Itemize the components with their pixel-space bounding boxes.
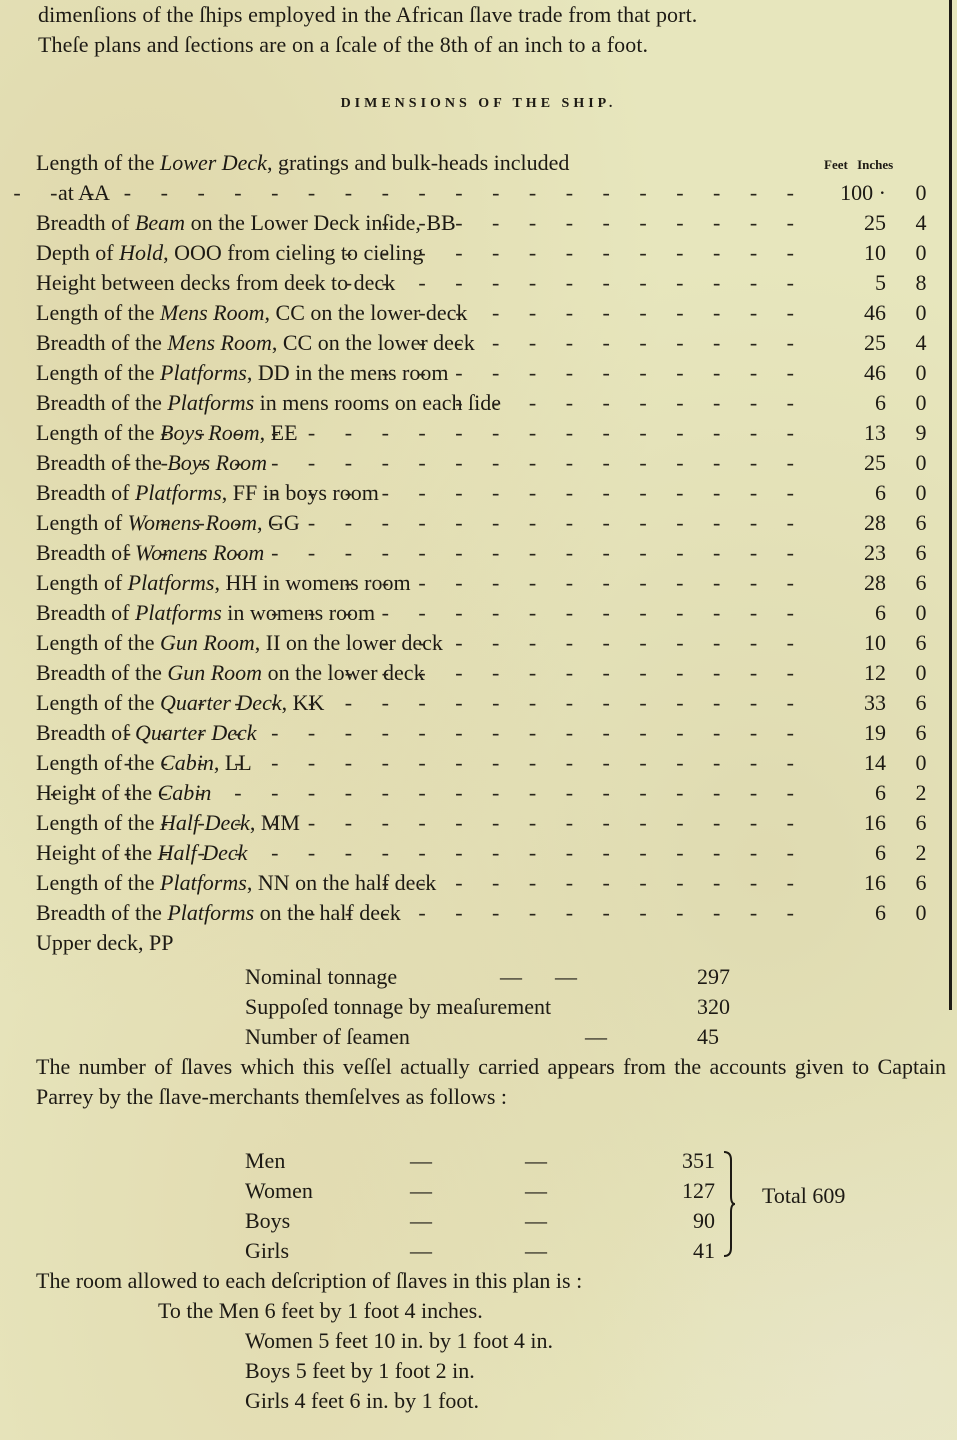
leader-dots: - - - - - - - - - - - - - -: [308, 898, 806, 928]
slave-count-list: Men——351Women——127Boys——90Girls——41: [245, 1146, 715, 1266]
dash-separator: —: [525, 1206, 547, 1236]
room-women: Women 5 feet 10 in. by 1 foot 4 in.: [245, 1326, 553, 1356]
feet-value: 6: [826, 478, 886, 508]
count-label: Men: [245, 1146, 285, 1176]
dash-separator: —: [585, 1022, 607, 1052]
feet-value: 19: [826, 718, 886, 748]
dimension-label: Breadth of the Mens Room, CC on the lowe…: [36, 328, 475, 358]
count-label: Women: [245, 1176, 313, 1206]
count-row: Women——127: [245, 1176, 715, 1206]
count-value: 351: [682, 1146, 715, 1176]
inches-value: 0: [906, 478, 936, 508]
feet-value: 5: [826, 268, 886, 298]
label-text: Length of the: [36, 420, 160, 445]
tonnage-list: Nominal tonnage— —297Suppoſed tonnage by…: [245, 962, 765, 1052]
tonnage-label: Nominal tonnage: [245, 962, 397, 992]
room-men: To the Men 6 feet by 1 foot 4 inches.: [158, 1296, 483, 1326]
label-text: Breadth of the: [36, 390, 167, 415]
label-text: Length of the: [36, 630, 160, 655]
dimension-label: Breadth of the Platforms in mens rooms o…: [36, 388, 501, 418]
feet-value: 33: [826, 688, 886, 718]
dimension-row: Length of the Platforms, DD in the mens …: [36, 358, 936, 388]
leader-dots: - - - - - - - - - - - - - - - - - -: [161, 508, 806, 538]
inches-value: 4: [906, 328, 936, 358]
dimension-label: Length of the Mens Room, CC on the lower…: [36, 298, 467, 328]
label-text: Breadth of: [36, 720, 135, 745]
feet-value: 46: [826, 358, 886, 388]
count-row: Boys——90: [245, 1206, 715, 1236]
feet-value: 16: [826, 808, 886, 838]
dash-separator: —: [525, 1176, 547, 1206]
feet-value: 6: [826, 898, 886, 928]
dimension-label: Length of the Platforms, NN on the half …: [36, 868, 436, 898]
label-italic: Mens Room: [167, 330, 271, 355]
leader-dots: - - - - - - - - - - - - - -: [308, 268, 806, 298]
label-text: Breadth of the: [36, 660, 167, 685]
feet-value: 13: [826, 418, 886, 448]
dimension-row: Breadth of Platforms, FF in boys room- -…: [36, 478, 936, 508]
count-label: Boys: [245, 1206, 290, 1236]
feet-value: 25: [826, 448, 886, 478]
dash-separator: — —: [500, 962, 577, 992]
inches-value: 0: [906, 448, 936, 478]
leader-dots: - - - - - - - - - - -: [418, 328, 806, 358]
label-text: Breadth of: [36, 600, 135, 625]
leader-dots: - - - - - - - - - - - -: [382, 628, 806, 658]
label-italic: Beam: [135, 210, 185, 235]
label-text: Depth of: [36, 240, 119, 265]
inches-value: 6: [906, 718, 936, 748]
feet-value: 25: [826, 208, 886, 238]
tonnage-label: Suppoſed tonnage by meaſurement: [245, 992, 551, 1022]
feet-value: 6: [826, 598, 886, 628]
inches-value: 0: [906, 658, 936, 688]
inches-value: 4: [906, 208, 936, 238]
count-row: Men——351: [245, 1146, 715, 1176]
dimension-row: Length of the Half Deck, MM- - - - - - -…: [36, 808, 936, 838]
count-value: 127: [682, 1176, 715, 1206]
dimension-row: Breadth of Beam on the Lower Deck inſide…: [36, 208, 936, 238]
label-text: Breadth of the: [36, 330, 167, 355]
label-text: Breadth of: [36, 210, 135, 235]
label-text: Length of: [36, 570, 128, 595]
dimension-row: Length of the Cabin, LL- - - - - - - - -…: [36, 748, 936, 778]
inches-value: 2: [906, 778, 936, 808]
room-intro: The room allowed to each deſcription of …: [36, 1266, 582, 1296]
dimension-row: Length of the Lower Deck, gratings and b…: [36, 148, 936, 178]
leader-dots: - - - - - - - - - - - - - - - - - - -: [124, 538, 806, 568]
feet-value: 25: [826, 328, 886, 358]
inches-value: 6: [906, 538, 936, 568]
tonnage-value: 45: [697, 1022, 719, 1052]
inches-value: 6: [906, 628, 936, 658]
leader-dots: - - - - - - - - - - - - -: [345, 658, 806, 688]
dimension-row: Length of the Mens Room, CC on the lower…: [36, 298, 936, 328]
dimension-row: Length of the Gun Room, II on the lower …: [36, 628, 936, 658]
dimension-row: Upper deck, PP: [36, 928, 936, 958]
label-italic: Gun Room: [160, 630, 255, 655]
feet-value: 100 ·: [826, 178, 886, 208]
label-italic: Platforms: [135, 480, 222, 505]
feet-value: 6: [826, 778, 886, 808]
leader-dots: - - - - - - - - - - - - - - -: [271, 478, 806, 508]
slave-count-paragraph: The number of ſlaves which this veſſel a…: [36, 1052, 946, 1112]
tonnage-value: 320: [697, 992, 730, 1022]
intro-line-1: dimenſions of the ſhips employed in the …: [38, 0, 697, 30]
inches-value: 6: [906, 568, 936, 598]
label-italic: Mens Room: [160, 300, 264, 325]
leader-dots: - - - - - - - - - - - -: [382, 358, 806, 388]
dimension-row: Breadth of Quarter Deck- - - - - - - - -…: [36, 718, 936, 748]
leader-dots: - - - - - - - - - - - - - - - - - - -: [124, 838, 806, 868]
label-italic: Platforms: [167, 900, 254, 925]
inches-value: 0: [906, 598, 936, 628]
label-text: Length of the: [36, 150, 160, 175]
feet-value: 6: [826, 388, 886, 418]
inches-value: 0: [906, 388, 936, 418]
feet-value: 28: [826, 568, 886, 598]
label-text: Length of the: [36, 690, 160, 715]
dimension-row: Height of the Half Deck- - - - - - - - -…: [36, 838, 936, 868]
dimension-row: Length of the Platforms, NN on the half …: [36, 868, 936, 898]
room-boys: Boys 5 feet by 1 foot 2 in.: [245, 1356, 475, 1386]
label-text: , gratings and bulk-heads included: [267, 150, 569, 175]
dimension-label: Length of the Lower Deck, gratings and b…: [36, 148, 569, 178]
label-italic: Platforms: [167, 390, 254, 415]
leader-dots: - - - - - - - - - - -: [418, 298, 806, 328]
tonnage-row: Nominal tonnage— —297: [245, 962, 765, 992]
dimension-row: Breadth of the Gun Room on the lower dec…: [36, 658, 936, 688]
dimension-row: at AA- - - - - - - - - - - - - - - - - -…: [36, 178, 936, 208]
dimension-row: Length of the Boys Room, EE- - - - - - -…: [36, 418, 936, 448]
label-text: Upper deck, PP: [36, 930, 173, 955]
label-text: Length of the: [36, 300, 160, 325]
inches-value: 0: [906, 238, 936, 268]
inches-value: 6: [906, 808, 936, 838]
label-text: Length of the: [36, 360, 160, 385]
feet-value: 10: [826, 238, 886, 268]
inches-value: 6: [906, 868, 936, 898]
label-italic: Platforms: [160, 870, 247, 895]
leader-dots: - - - - - - - - - - - -: [382, 868, 806, 898]
label-italic: Lower Deck: [160, 150, 267, 175]
leader-dots: - - - - - - - - - - - - - - - - -: [197, 688, 806, 718]
leader-dots: - - - - - - - - - - - - - - -: [271, 598, 806, 628]
dimension-row: Length of Platforms, HH in womens room- …: [36, 568, 936, 598]
dimension-row: Breadth of Womens Room- - - - - - - - - …: [36, 538, 936, 568]
count-value: 90: [693, 1206, 715, 1236]
feet-value: 16: [826, 868, 886, 898]
label-text: Length of the: [36, 810, 160, 835]
feet-value: 12: [826, 658, 886, 688]
feet-value: 28: [826, 508, 886, 538]
label-italic: Hold: [119, 240, 163, 265]
leader-dots: - - - - - - - - - - - - -: [345, 568, 806, 598]
count-label: Girls: [245, 1236, 289, 1266]
inches-value: 8: [906, 268, 936, 298]
leader-dots: - - - - - - - - - - - -: [382, 208, 806, 238]
dimension-row: Breadth of the Platforms in mens rooms o…: [36, 388, 936, 418]
label-italic: Platforms: [128, 570, 215, 595]
feet-value: 23: [826, 538, 886, 568]
feet-value: 10: [826, 628, 886, 658]
feet-value: 46: [826, 298, 886, 328]
inches-value: 0: [906, 358, 936, 388]
label-text: Length of: [36, 510, 128, 535]
dash-separator: —: [525, 1236, 547, 1266]
leader-dots: - - - - - - - - - - - - - - - - - - - - …: [50, 778, 806, 808]
inches-value: 6: [906, 688, 936, 718]
dash-separator: —: [525, 1146, 547, 1176]
leader-dots: - - - - - - - - - - - - - - - - - - -: [124, 718, 806, 748]
label-text: Breadth of the: [36, 900, 167, 925]
dash-separator: —: [410, 1146, 432, 1176]
leader-dots: - - - - - - - - - - - - - - - - - -: [161, 808, 806, 838]
dimension-row: Height between decks from deck to deck- …: [36, 268, 936, 298]
tonnage-value: 297: [697, 962, 730, 992]
inches-value: 2: [906, 838, 936, 868]
inches-value: 0: [906, 298, 936, 328]
tonnage-row: Suppoſed tonnage by meaſurement320: [245, 992, 765, 1022]
dimension-row: Length of Womens Room, GG- - - - - - - -…: [36, 508, 936, 538]
feet-value: 6: [826, 838, 886, 868]
leader-dots: - - - - - - - - - - - - - - - - - - -: [124, 448, 806, 478]
section-heading: DIMENSIONS OF THE SHIP.: [0, 96, 957, 112]
total-count: Total 609: [762, 1183, 845, 1209]
leader-dots: - - - - - - - - - - - - -: [345, 238, 806, 268]
intro-line-2: Theſe plans and ſections are on a ſcale …: [38, 30, 697, 60]
count-row: Girls——41: [245, 1236, 715, 1266]
dash-separator: —: [410, 1236, 432, 1266]
leader-dots: - - - - - - - - - - - - - - - - - -: [161, 418, 806, 448]
inches-value: 6: [906, 508, 936, 538]
dash-separator: —: [410, 1206, 432, 1236]
leader-dots: - - - - - - - - - -: [455, 388, 806, 418]
count-value: 41: [693, 1236, 715, 1266]
inches-value: 0: [906, 898, 936, 928]
tonnage-row: Number of ſeamen—45: [245, 1022, 765, 1052]
dimension-row: Depth of Hold, OOO from cieling to cieli…: [36, 238, 936, 268]
inches-value: 0: [906, 748, 936, 778]
intro-text: dimenſions of the ſhips employed in the …: [38, 0, 697, 60]
dimension-row: Breadth of the Boys Room- - - - - - - - …: [36, 448, 936, 478]
leader-dots: - - - - - - - - - - - - - - - - - - -: [124, 748, 806, 778]
dimension-row: Breadth of the Mens Room, CC on the lowe…: [36, 328, 936, 358]
room-girls: Girls 4 feet 6 in. by 1 foot.: [245, 1386, 479, 1416]
leader-dots: - - - - - - - - - - - - - - - - - - - - …: [0, 178, 806, 208]
dimension-label: Upper deck, PP: [36, 928, 173, 958]
tonnage-label: Number of ſeamen: [245, 1022, 410, 1052]
dimension-row: Breadth of Platforms in womens room- - -…: [36, 598, 936, 628]
feet-value: 14: [826, 748, 886, 778]
label-text: Breadth of: [36, 480, 135, 505]
label-text: Length of the: [36, 870, 160, 895]
label-text: Breadth of: [36, 540, 135, 565]
label-italic: Platforms: [160, 360, 247, 385]
label-italic: Platforms: [135, 600, 222, 625]
label-italic: Gun Room: [167, 660, 262, 685]
inches-value: 9: [906, 418, 936, 448]
dimension-row: Height of the Cabin- - - - - - - - - - -…: [36, 778, 936, 808]
inches-value: 0: [906, 178, 936, 208]
page-border-rule: [949, 0, 952, 1010]
right-brace-icon: [722, 1150, 736, 1258]
dimension-row: Length of the Quarter Deck, KK- - - - - …: [36, 688, 936, 718]
dash-separator: —: [410, 1176, 432, 1206]
dimension-row: Breadth of the Platforms on the half dec…: [36, 898, 936, 928]
